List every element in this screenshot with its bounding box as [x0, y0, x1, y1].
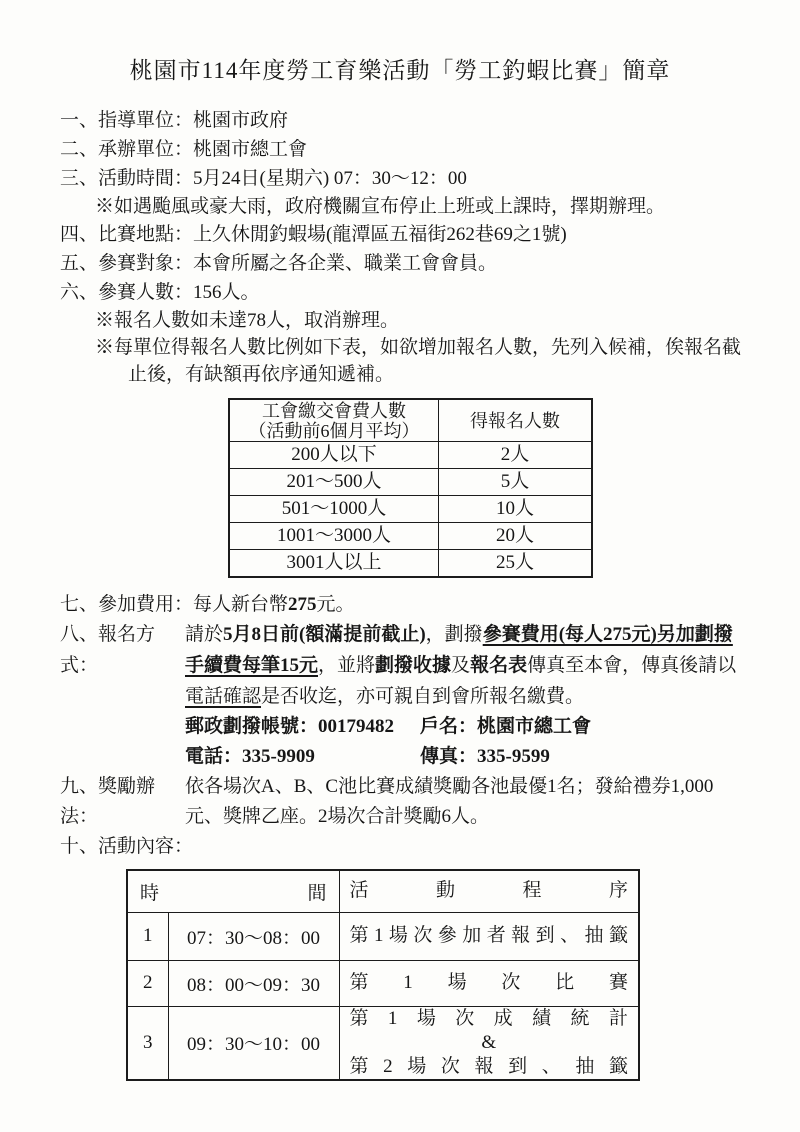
schedule-header-program-text: 活動程序: [340, 879, 639, 903]
item-participants-text: 156人。: [193, 278, 260, 307]
registration-deadline: 5月8日前(額滿提前截止): [223, 624, 426, 645]
item-event-time-label: 三、活動時間：: [60, 164, 193, 193]
item-awards-text: 依各場次A、B、C池比賽成績獎勵各池最優1名；發給禮券1,000元、獎牌乙座。2…: [185, 772, 742, 832]
schedule-row-program: 第1場次參加者報到、抽籤: [339, 912, 639, 960]
item-fee-label: 七、參加費用：: [60, 590, 193, 619]
item-fee-text: 每人新台幣275元。: [193, 590, 355, 619]
registration-seg: ，劃撥: [426, 624, 483, 645]
item-participants-label: 六、參賽人數：: [60, 278, 193, 307]
registration-receipt: 劃撥收據: [375, 655, 451, 676]
schedule-row: 3 09：30～10：00 第1場次成績統計 & 第2場次報到、抽籤: [127, 1006, 639, 1080]
schedule-row-number: 1: [127, 912, 168, 960]
quota-allowed: 25人: [439, 550, 593, 578]
quota-range: 501～1000人: [229, 496, 439, 523]
account-holder-name: 戶名：桃園市總工會: [420, 712, 591, 742]
item-eligibility-label: 五、參賽對象：: [60, 249, 193, 278]
document-title: 桃園市114年度勞工育樂活動「勞工釣蝦比賽」簡章: [0, 0, 800, 88]
quota-header-union-members-line2: （活動前6個月平均）: [234, 421, 434, 441]
quota-table-row: 3001人以上 25人: [229, 550, 592, 578]
schedule-row: 2 08：00～09：30 第1場次比賽: [127, 960, 639, 1006]
item-registration: 八、報名方式： 請於5月8日前(額滿提前截止)，劃撥參賽費用(每人275元)另加…: [60, 619, 742, 712]
quota-range: 3001人以上: [229, 550, 439, 578]
note-minimum-participants: ※報名人數如未達78人，取消辦理。: [60, 307, 742, 334]
quota-table-row: 201～500人 5人: [229, 469, 592, 496]
item-event-time-text: 5月24日(星期六) 07：30～12：00: [193, 164, 467, 193]
schedule-row-number: 3: [127, 1006, 168, 1080]
item-awards: 九、獎勵辦法： 依各場次A、B、C池比賽成績獎勵各池最優1名；發給禮券1,000…: [60, 772, 742, 832]
quota-table-row: 501～1000人 10人: [229, 496, 592, 523]
schedule-header-time: 時間: [127, 870, 339, 912]
item-organizer-unit: 二、承辦單位： 桃園市總工會: [60, 135, 742, 164]
fee-amount: 275: [288, 594, 317, 615]
registration-seg: 及: [451, 655, 470, 676]
item-organizer-text: 桃園市總工會: [193, 135, 307, 164]
quota-header-union-members: 工會繳交會費人數 （活動前6個月平均）: [229, 399, 439, 442]
phone-number: 電話：335-9909: [185, 742, 420, 772]
fee-post: 元。: [317, 594, 355, 615]
schedule-row-time: 08：00～09：30: [168, 960, 339, 1006]
payment-contact-row: 電話：335-9909 傳真：335-9599: [60, 742, 742, 772]
item-registration-text: 請於5月8日前(額滿提前截止)，劃撥參賽費用(每人275元)另加劃撥手續費每筆1…: [185, 619, 742, 712]
registration-seg: 傳真至本會，傳真後請以: [527, 655, 736, 676]
registration-seg: 是否收迄，亦可親自到會所報名繳費。: [261, 686, 584, 707]
item-eligibility-text: 本會所屬之各企業、職業工會會員。: [193, 249, 497, 278]
item-guidance-unit: 一、指導單位： 桃園市政府: [60, 106, 742, 135]
note-weather: ※如遇颱風或豪大雨，政府機關宣布停止上班或上課時，擇期辦理。: [60, 193, 742, 220]
quota-range: 1001～3000人: [229, 523, 439, 550]
registration-phone-confirm: 電話確認: [185, 686, 261, 707]
item-guidance-text: 桃園市政府: [193, 106, 288, 135]
quota-allowed: 20人: [439, 523, 593, 550]
quota-allowed: 2人: [439, 442, 593, 469]
item-venue-text: 上久休閒釣蝦場(龍潭區五福街262巷69之1號): [193, 220, 567, 249]
schedule-row-program: 第1場次比賽: [339, 960, 639, 1006]
quota-table-row: 1001～3000人 20人: [229, 523, 592, 550]
scanned-document-page: 桃園市114年度勞工育樂活動「勞工釣蝦比賽」簡章 一、指導單位： 桃園市政府 二…: [0, 0, 800, 1132]
item-venue-label: 四、比賽地點：: [60, 220, 193, 249]
registration-form: 報名表: [470, 655, 527, 676]
quota-range: 200人以下: [229, 442, 439, 469]
item-eligibility: 五、參賽對象： 本會所屬之各企業、職業工會會員。: [60, 249, 742, 278]
item-schedule-label: 十、活動內容：: [60, 832, 193, 861]
item-registration-label: 八、報名方式：: [60, 619, 185, 712]
item-schedule-heading: 十、活動內容：: [60, 832, 742, 861]
document-body: 一、指導單位： 桃園市政府 二、承辦單位： 桃園市總工會 三、活動時間： 5月2…: [0, 88, 800, 1081]
registration-seg: ，並將: [318, 655, 375, 676]
item-fee: 七、參加費用： 每人新台幣275元。: [60, 590, 742, 619]
item-venue: 四、比賽地點： 上久休閒釣蝦場(龍潭區五福街262巷69之1號): [60, 220, 742, 249]
quota-allowed: 10人: [439, 496, 593, 523]
quota-table-header-row: 工會繳交會費人數 （活動前6個月平均） 得報名人數: [229, 399, 592, 442]
quota-range: 201～500人: [229, 469, 439, 496]
item-participants: 六、參賽人數： 156人。: [60, 278, 742, 307]
postal-account-number: 郵政劃撥帳號：00179482: [185, 712, 420, 742]
schedule-row-time: 07：30～08：00: [168, 912, 339, 960]
schedule-program-text-line2: 第2場次報到、抽籤: [340, 1055, 639, 1079]
schedule-row-number: 2: [127, 960, 168, 1006]
fee-pre: 每人新台幣: [193, 594, 288, 615]
schedule-row-time: 09：30～10：00: [168, 1006, 339, 1080]
quota-allowed: 5人: [439, 469, 593, 496]
item-guidance-label: 一、指導單位：: [60, 106, 193, 135]
fax-number: 傳真：335-9599: [420, 742, 550, 772]
schedule-table: 時間 活動程序 1 07：30～08：00 第1場次參加者報到、抽籤 2 08：…: [126, 869, 640, 1081]
schedule-header-program: 活動程序: [339, 870, 639, 912]
payment-account-row: 郵政劃撥帳號：00179482 戶名：桃園市總工會: [60, 712, 742, 742]
item-organizer-label: 二、承辦單位：: [60, 135, 193, 164]
schedule-program-text: 第1場次參加者報到、抽籤: [340, 924, 639, 948]
schedule-program-text-line1: 第1場次成績統計: [340, 1007, 639, 1031]
quota-table-row: 200人以下 2人: [229, 442, 592, 469]
item-awards-label: 九、獎勵辦法：: [60, 772, 185, 832]
registration-seg: 請於: [185, 624, 223, 645]
item-event-time: 三、活動時間： 5月24日(星期六) 07：30～12：00: [60, 164, 742, 193]
note-quota-rule: ※每單位得報名人數比例如下表，如欲增加報名人數，先列入候補，俟報名截止後，有缺額…: [60, 334, 742, 388]
quota-table: 工會繳交會費人數 （活動前6個月平均） 得報名人數 200人以下 2人 201～…: [228, 398, 593, 578]
quota-header-union-members-line1: 工會繳交會費人數: [234, 401, 434, 421]
quota-header-allowed: 得報名人數: [439, 399, 593, 442]
schedule-header-row: 時間 活動程序: [127, 870, 639, 912]
schedule-program-text: 第1場次比賽: [340, 971, 639, 995]
schedule-program-ampersand: &: [340, 1031, 639, 1055]
schedule-header-time-text: 時間: [128, 878, 339, 905]
schedule-row-program: 第1場次成績統計 & 第2場次報到、抽籤: [339, 1006, 639, 1080]
schedule-row: 1 07：30～08：00 第1場次參加者報到、抽籤: [127, 912, 639, 960]
